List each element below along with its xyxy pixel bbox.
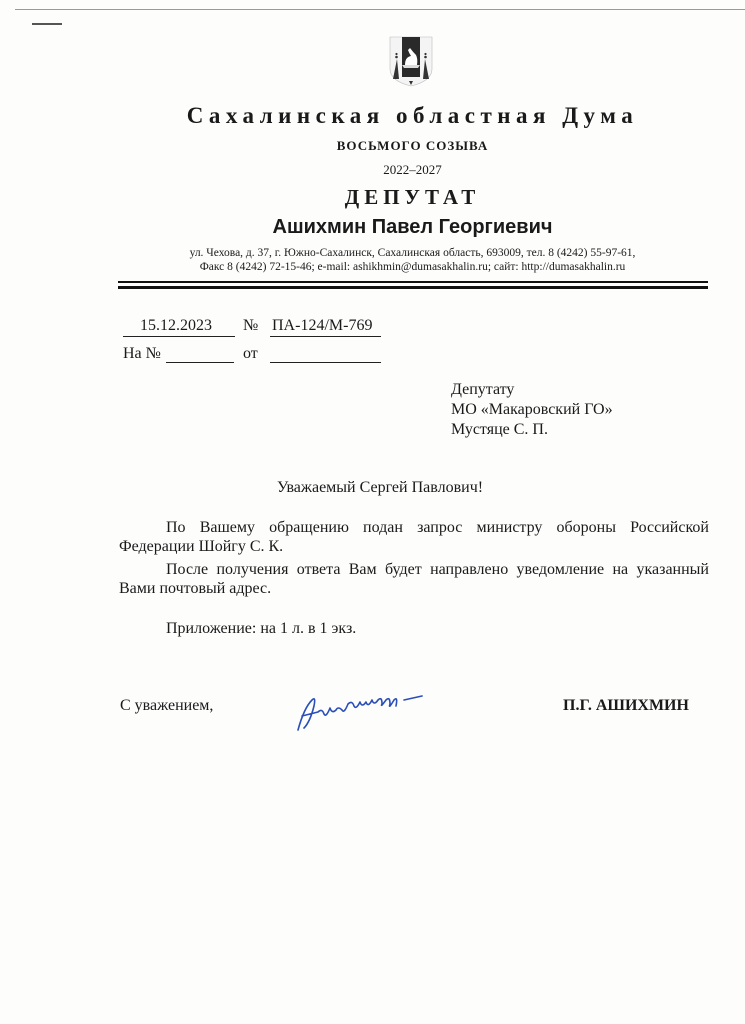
- contact-fax-email-site: Факс 8 (4242) 72-15-46; e-mail: ashikhmi…: [0, 261, 745, 273]
- contact-address: ул. Чехова, д. 37, г. Южно-Сахалинск, Са…: [0, 247, 745, 259]
- header-divider-thick: [118, 286, 708, 289]
- coat-of-arms-icon: [388, 35, 434, 87]
- signatory-name: П.Г. АШИХМИН: [563, 697, 689, 715]
- date-underline: [123, 336, 235, 337]
- reply-number-underline: [166, 362, 234, 363]
- from-label: от: [243, 345, 258, 363]
- number-underline: [270, 336, 381, 337]
- term-years: 2022–2027: [0, 162, 745, 178]
- scan-mark: [32, 23, 62, 25]
- reply-to-label: На №: [123, 345, 161, 363]
- header-divider-thin: [118, 281, 708, 283]
- number-label: №: [243, 317, 258, 335]
- paragraph-notification: После получения ответа Вам будет направл…: [119, 560, 709, 598]
- recipient-organization: МО «Макаровский ГО»: [451, 401, 613, 419]
- outgoing-date: 15.12.2023: [140, 317, 212, 335]
- recipient-name: Мустяце С. П.: [451, 421, 548, 439]
- convocation: ВОСЬМОГО СОЗЫВА: [0, 138, 745, 154]
- organization-name: Сахалинская областная Дума: [0, 103, 745, 129]
- closing-regards: С уважением,: [120, 697, 213, 715]
- recipient-title: Депутату: [451, 381, 514, 399]
- attachment-note: Приложение: на 1 л. в 1 экз.: [166, 620, 356, 638]
- position-title: ДЕПУТАТ: [0, 185, 745, 210]
- page-edge: [15, 9, 745, 10]
- deputy-name: Ашихмин Павел Георгиевич: [0, 216, 745, 239]
- handwritten-signature-icon: [290, 678, 470, 738]
- salutation: Уважаемый Сергей Павлович!: [0, 479, 745, 497]
- paragraph-request: По Вашему обращению подан запрос министр…: [119, 518, 709, 556]
- from-date-underline: [270, 362, 381, 363]
- outgoing-number: ПА-124/М-769: [272, 317, 372, 335]
